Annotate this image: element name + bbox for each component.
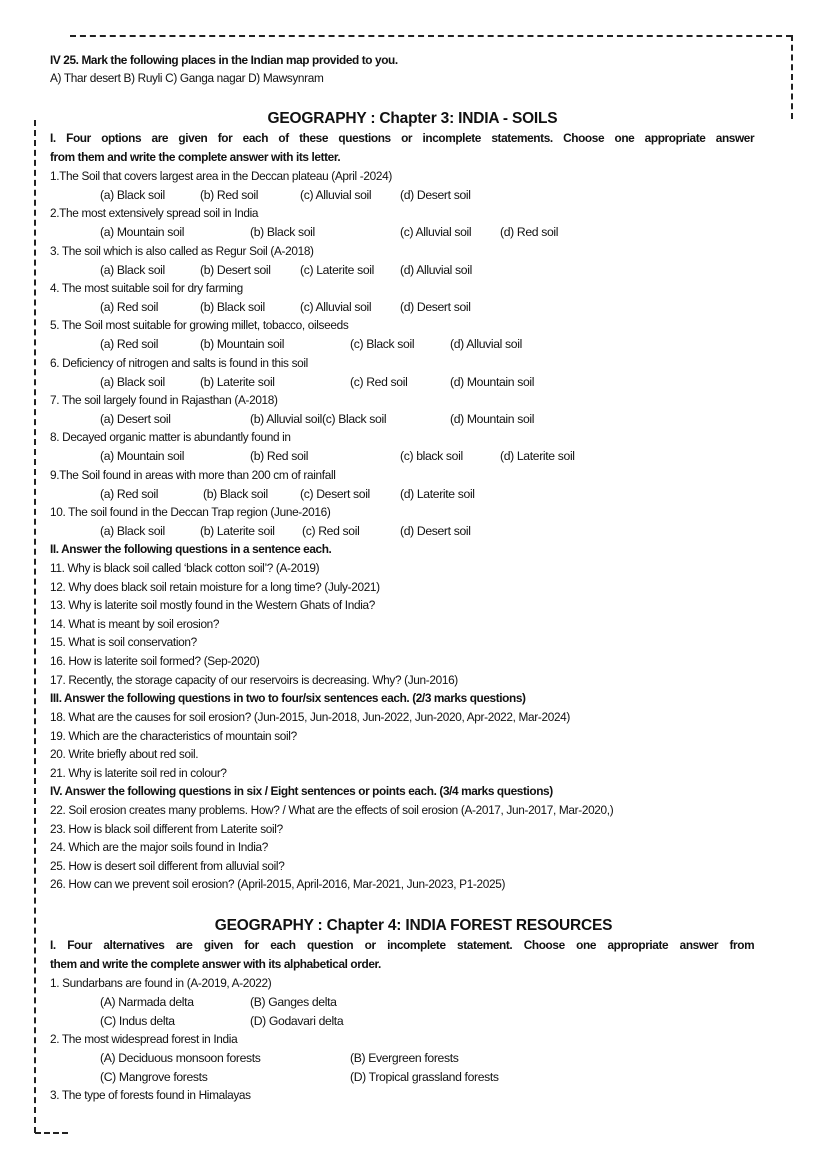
ch3-section1-instruction-2: from them and write the complete answer … — [50, 150, 340, 165]
mcq-option: (b) Mountain soil — [200, 337, 284, 352]
mcq-option: (b) Black soil — [250, 225, 315, 240]
mcq-question: 2.The most extensively spread soil in In… — [50, 206, 258, 221]
mcq-option: (c) Alluvial soil — [400, 225, 471, 240]
short-answer-question: 15. What is soil conservation? — [50, 635, 197, 650]
long-answer-question: 25. How is desert soil different from al… — [50, 859, 284, 874]
mcq-option: (c) Red soil — [302, 524, 359, 539]
mcq-option: (B) Ganges delta — [250, 995, 337, 1010]
mcq-question: 9.The Soil found in areas with more than… — [50, 468, 336, 483]
ch4-section1-instruction-1: I. Four alternatives are given for each … — [50, 938, 754, 953]
ch3-section3-heading: III. Answer the following questions in t… — [50, 691, 526, 706]
frame-right-border — [791, 35, 793, 119]
short-answer-question: 16. How is laterite soil formed? (Sep-20… — [50, 654, 259, 669]
medium-answer-question: 20. Write briefly about red soil. — [50, 747, 198, 762]
mcq-option: (b) Red soil — [250, 449, 308, 464]
mcq-option: (b) Black soil — [200, 300, 265, 315]
mcq-option: (c) Laterite soil — [300, 263, 374, 278]
ch4-section1-instruction-2: them and write the complete answer with … — [50, 957, 381, 972]
medium-answer-question: 21. Why is laterite soil red in colour? — [50, 766, 227, 781]
mcq-question: 3. The type of forests found in Himalaya… — [50, 1088, 251, 1103]
frame-bottom-border — [35, 1132, 68, 1134]
short-answer-question: 14. What is meant by soil erosion? — [50, 617, 219, 632]
mcq-option: (b) Black soil — [203, 487, 268, 502]
map-question: IV 25. Mark the following places in the … — [50, 53, 398, 68]
map-places: A) Thar desert B) Ruyli C) Ganga nagar D… — [50, 71, 324, 86]
mcq-question: 3. The soil which is also called as Regu… — [50, 244, 314, 259]
ch3-section4-heading: IV. Answer the following questions in si… — [50, 784, 553, 799]
mcq-option: (c) Alluvial soil — [300, 300, 371, 315]
long-answer-question: 24. Which are the major soils found in I… — [50, 840, 268, 855]
mcq-option: (c) Desert soil — [300, 487, 370, 502]
long-answer-question: 22. Soil erosion creates many problems. … — [50, 803, 613, 818]
medium-answer-question: 18. What are the causes for soil erosion… — [50, 710, 570, 725]
mcq-option: (d) Desert soil — [400, 524, 471, 539]
mcq-option: (b) Alluvial soil — [250, 412, 322, 427]
mcq-option: (D) Godavari delta — [250, 1014, 343, 1029]
document-page: IV 25. Mark the following places in the … — [0, 0, 827, 1169]
mcq-option: (a) Red soil — [100, 337, 158, 352]
mcq-option: (a) Black soil — [100, 188, 165, 203]
short-answer-question: 13. Why is laterite soil mostly found in… — [50, 598, 375, 613]
mcq-option: (A) Deciduous monsoon forests — [100, 1051, 261, 1066]
mcq-option: (d) Laterite soil — [400, 487, 475, 502]
mcq-option: (b) Red soil — [200, 188, 258, 203]
short-answer-question: 17. Recently, the storage capacity of ou… — [50, 673, 458, 688]
mcq-option: (b) Laterite soil — [200, 524, 275, 539]
frame-top-border — [70, 35, 792, 37]
mcq-option: (a) Black soil — [100, 524, 165, 539]
mcq-option: (d) Desert soil — [400, 188, 471, 203]
long-answer-question: 26. How can we prevent soil erosion? (Ap… — [50, 877, 505, 892]
mcq-option: (d) Laterite soil — [500, 449, 575, 464]
mcq-question: 8. Decayed organic matter is abundantly … — [50, 430, 291, 445]
mcq-option: (a) Red soil — [100, 300, 158, 315]
mcq-option: (c) black soil — [400, 449, 463, 464]
short-answer-question: 11. Why is black soil called ‘black cott… — [50, 561, 319, 576]
mcq-option: (d) Mountain soil — [450, 412, 534, 427]
mcq-option: (d) Alluvial soil — [400, 263, 472, 278]
mcq-question: 4. The most suitable soil for dry farmin… — [50, 281, 243, 296]
frame-left-border — [34, 120, 36, 1133]
mcq-option: (c) Alluvial soil — [300, 188, 371, 203]
mcq-question: 1. Sundarbans are found in (A-2019, A-20… — [50, 976, 271, 991]
mcq-option: (A) Narmada delta — [100, 995, 194, 1010]
mcq-question: 7. The soil largely found in Rajasthan (… — [50, 393, 278, 408]
chapter4-title: GEOGRAPHY : Chapter 4: INDIA FOREST RESO… — [0, 917, 827, 935]
mcq-option: (C) Indus delta — [100, 1014, 175, 1029]
mcq-option: (c) Black soil — [322, 412, 386, 427]
mcq-option: (a) Red soil — [100, 487, 158, 502]
mcq-question: 10. The soil found in the Deccan Trap re… — [50, 505, 330, 520]
mcq-option: (a) Black soil — [100, 263, 165, 278]
ch3-section2-heading: II. Answer the following questions in a … — [50, 542, 331, 557]
mcq-option: (a) Desert soil — [100, 412, 171, 427]
mcq-option: (a) Black soil — [100, 375, 165, 390]
mcq-option: (d) Red soil — [500, 225, 558, 240]
mcq-option: (d) Desert soil — [400, 300, 471, 315]
mcq-option: (B) Evergreen forests — [350, 1051, 458, 1066]
mcq-option: (a) Mountain soil — [100, 225, 184, 240]
mcq-question: 5. The Soil most suitable for growing mi… — [50, 318, 348, 333]
ch3-section1-instruction-1: I. Four options are given for each of th… — [50, 131, 754, 146]
mcq-question: 1.The Soil that covers largest area in t… — [50, 169, 392, 184]
mcq-option: (c) Black soil — [350, 337, 414, 352]
mcq-option: (D) Tropical grassland forests — [350, 1070, 499, 1085]
chapter3-title: GEOGRAPHY : Chapter 3: INDIA - SOILS — [0, 110, 826, 128]
mcq-question: 6. Deficiency of nitrogen and salts is f… — [50, 356, 308, 371]
short-answer-question: 12. Why does black soil retain moisture … — [50, 580, 380, 595]
mcq-option: (b) Desert soil — [200, 263, 271, 278]
mcq-option: (d) Alluvial soil — [450, 337, 522, 352]
mcq-option: (b) Laterite soil — [200, 375, 275, 390]
mcq-option: (C) Mangrove forests — [100, 1070, 207, 1085]
medium-answer-question: 19. Which are the characteristics of mou… — [50, 729, 297, 744]
mcq-option: (c) Red soil — [350, 375, 407, 390]
mcq-question: 2. The most widespread forest in India — [50, 1032, 237, 1047]
long-answer-question: 23. How is black soil different from Lat… — [50, 822, 283, 837]
mcq-option: (d) Mountain soil — [450, 375, 534, 390]
mcq-option: (a) Mountain soil — [100, 449, 184, 464]
